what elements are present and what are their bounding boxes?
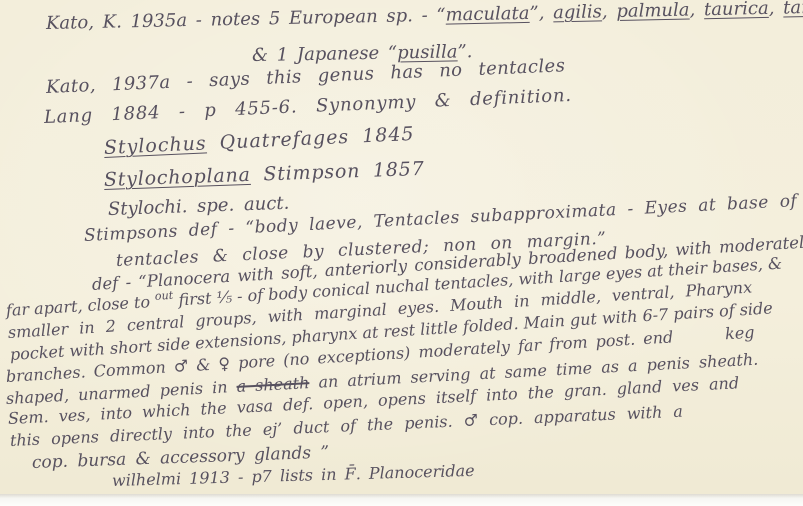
strikethrough-a-sheath: a sheath <box>236 373 310 396</box>
species-maculata: maculata <box>445 3 529 26</box>
separator: , <box>768 0 783 19</box>
separator: , <box>689 0 704 21</box>
species-tarda: tarda <box>783 0 803 19</box>
species-palmula: palmula <box>616 0 690 22</box>
line-stylochoplana-synonym: Stylochoplana Stimpson 1857 <box>104 159 425 192</box>
index-card: Kato, K. 1935a - notes 5 European sp. - … <box>0 0 803 494</box>
separator: , <box>602 1 617 22</box>
citation-kato-1935: Kato, K. 1935a - notes 5 European sp. - … <box>46 5 446 34</box>
separator: ”, <box>529 2 553 23</box>
text: Stylochi. spe. auct. <box>108 193 290 220</box>
scan-background-edge <box>0 494 803 506</box>
scanned-card-image: Kato, K. 1935a - notes 5 European sp. - … <box>0 0 803 506</box>
species-taurica: taurica <box>704 0 769 20</box>
author-year: Quatrefages 1845 <box>206 123 415 154</box>
line-stylochus-synonym: Stylochus Quatrefages 1845 <box>104 124 416 160</box>
author-year: Stimpson 1857 <box>250 158 425 186</box>
word-keg: keg <box>725 323 755 344</box>
species-agilis: agilis <box>553 1 602 23</box>
genus-stylochus: Stylochus <box>103 132 207 159</box>
line-kato-1935-species-list: Kato, K. 1935a - notes 5 European sp. - … <box>46 0 803 35</box>
genus-stylochoplana: Stylochoplana <box>104 164 251 191</box>
inserted-word-out: out <box>154 289 173 303</box>
